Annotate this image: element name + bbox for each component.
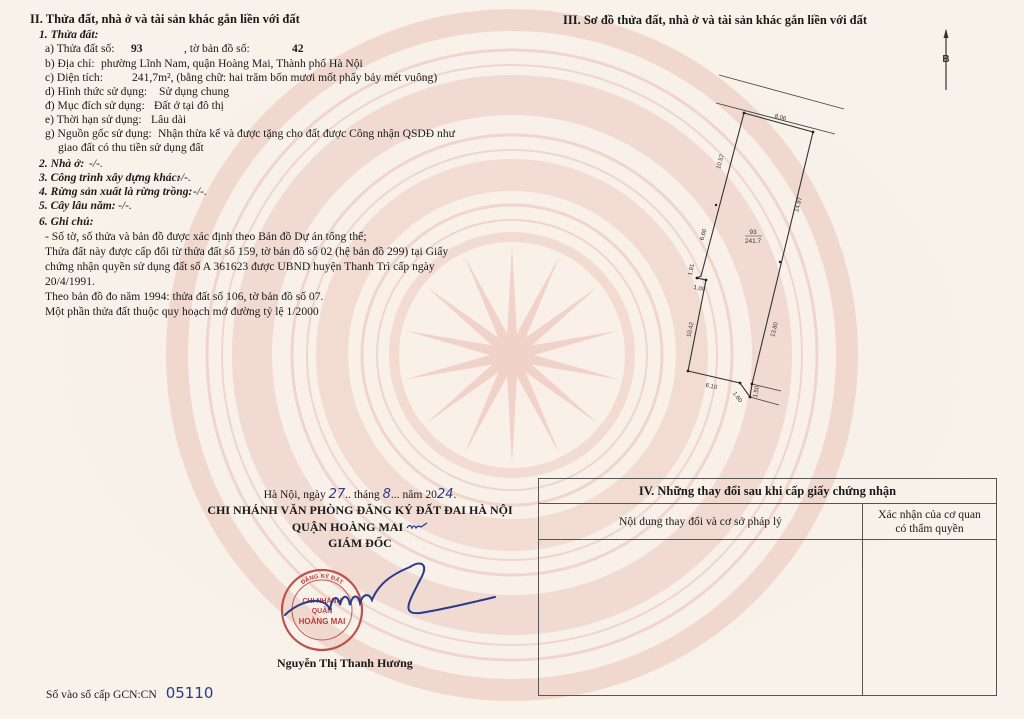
parcel-number: 93 — [131, 42, 143, 56]
perennial-label: 5. Cây lâu năm: — [39, 199, 116, 213]
origin-label: g) Nguồn gốc sử dụng: — [45, 127, 152, 141]
official-stamp: ĐĂNG KÝ ĐẤT CHI NHÁNH QUẬN HOÀNG MAI — [270, 555, 500, 655]
note-line: Thửa đất này được cấp đổi từ thửa đất số… — [45, 245, 448, 259]
signature-block: Hà Nội, ngày 27.. tháng 8... năm 2024. C… — [180, 487, 540, 551]
year-label: năm 20 — [402, 488, 436, 501]
date-prefix: Hà Nội, ngày — [264, 488, 326, 501]
org-line-2-text: QUẬN HOÀNG MAI — [292, 520, 403, 534]
note-line: chứng nhận quyền sử dụng đất số A 361623… — [45, 260, 435, 274]
registry-number: Số vào sổ cấp GCN:CN 05110 — [46, 684, 213, 702]
usage-form-value: Sử dụng chung — [159, 85, 229, 99]
note-line: Theo bản đồ đo năm 1994: thửa đất số 106… — [45, 290, 323, 304]
note-line: Một phần thửa đất thuộc quy hoạch mở đườ… — [45, 305, 319, 319]
date-year: 24 — [437, 487, 454, 502]
other-works-label: 3. Công trình xây dựng khác: — [39, 171, 181, 185]
notes-label: 6. Ghi chú: — [39, 215, 93, 229]
col-header-authority: Xác nhận của cơ quan có thẩm quyền — [863, 504, 996, 540]
other-works-value: -/-. — [177, 171, 191, 185]
map-sheet-number: 42 — [292, 42, 304, 56]
note-line: - Số tờ, số thửa và bản đồ được xác định… — [45, 230, 367, 244]
purpose-label: đ) Mục đích sử dụng: — [45, 99, 145, 113]
area-label: c) Diện tích: — [45, 71, 103, 85]
section4-title: IV. Những thay đổi sau khi cấp giấy chứn… — [539, 479, 996, 504]
org-line-2: QUẬN HOÀNG MAI — [180, 519, 540, 535]
issue-date: Hà Nội, ngày 27.. tháng 8... năm 2024. — [180, 487, 540, 502]
perennial-value: -/-. — [118, 199, 132, 213]
land-heading: 1. Thửa đất: — [39, 28, 98, 42]
date-month: 8 — [383, 487, 391, 502]
address-label: b) Địa chỉ: — [45, 57, 95, 71]
map-sheet-label: , tờ bản đồ số: — [184, 42, 250, 56]
authority-column: Xác nhận của cơ quan có thẩm quyền — [863, 504, 996, 695]
registry-label: Số vào sổ cấp GCN:CN — [46, 688, 157, 701]
address-value: phường Lĩnh Nam, quận Hoàng Mai, Thành p… — [101, 57, 363, 71]
signer-name: Nguyễn Thị Thanh Hương — [277, 656, 413, 670]
position-title: GIÁM ĐỐC — [180, 535, 540, 551]
forest-value: -/-. — [193, 185, 207, 199]
registry-value: 05110 — [166, 684, 214, 702]
house-label: 2. Nhà ở: — [39, 157, 84, 171]
term-value: Lâu dài — [151, 113, 186, 127]
origin-line-1: Nhận thừa kế và được tặng cho đất được C… — [158, 127, 455, 141]
month-label: tháng — [354, 488, 380, 501]
forest-label: 4. Rừng sản xuất là rừng trồng: — [39, 185, 192, 199]
initials-mark-icon — [406, 521, 428, 531]
term-label: e) Thời hạn sử dụng: — [45, 113, 142, 127]
note-line: 20/4/1991. — [45, 275, 95, 289]
col-header-authority-line-2: có thẩm quyền — [878, 522, 981, 536]
org-line-1: CHI NHÁNH VĂN PHÒNG ĐĂNG KÝ ĐẤT ĐAI HÀ N… — [180, 502, 540, 519]
col-header-changes: Nội dung thay đổi và cơ sở pháp lý — [539, 504, 862, 540]
section3-title: III. Sơ đồ thửa đất, nhà ở và tài sản kh… — [563, 13, 867, 27]
date-day: 27 — [329, 487, 346, 502]
purpose-value: Đất ở tại đô thị — [154, 99, 224, 113]
origin-line-2: giao đất có thu tiền sử dụng đất — [58, 141, 204, 155]
section2-title: II. Thửa đất, nhà ở và tài sản khác gắn … — [30, 12, 300, 26]
changes-column: Nội dung thay đổi và cơ sở pháp lý — [539, 504, 863, 695]
svg-text:HOÀNG MAI: HOÀNG MAI — [299, 617, 346, 626]
area-value: 241,7m², (bằng chữ: hai trăm bốn mươi mố… — [132, 71, 437, 85]
house-value: -/-. — [89, 157, 103, 171]
changes-table: IV. Những thay đổi sau khi cấp giấy chứn… — [538, 478, 997, 696]
parcel-label: a) Thửa đất số: — [45, 42, 115, 56]
usage-form-label: d) Hình thức sử dụng: — [45, 85, 147, 99]
col-header-authority-line-1: Xác nhận của cơ quan — [878, 508, 981, 522]
